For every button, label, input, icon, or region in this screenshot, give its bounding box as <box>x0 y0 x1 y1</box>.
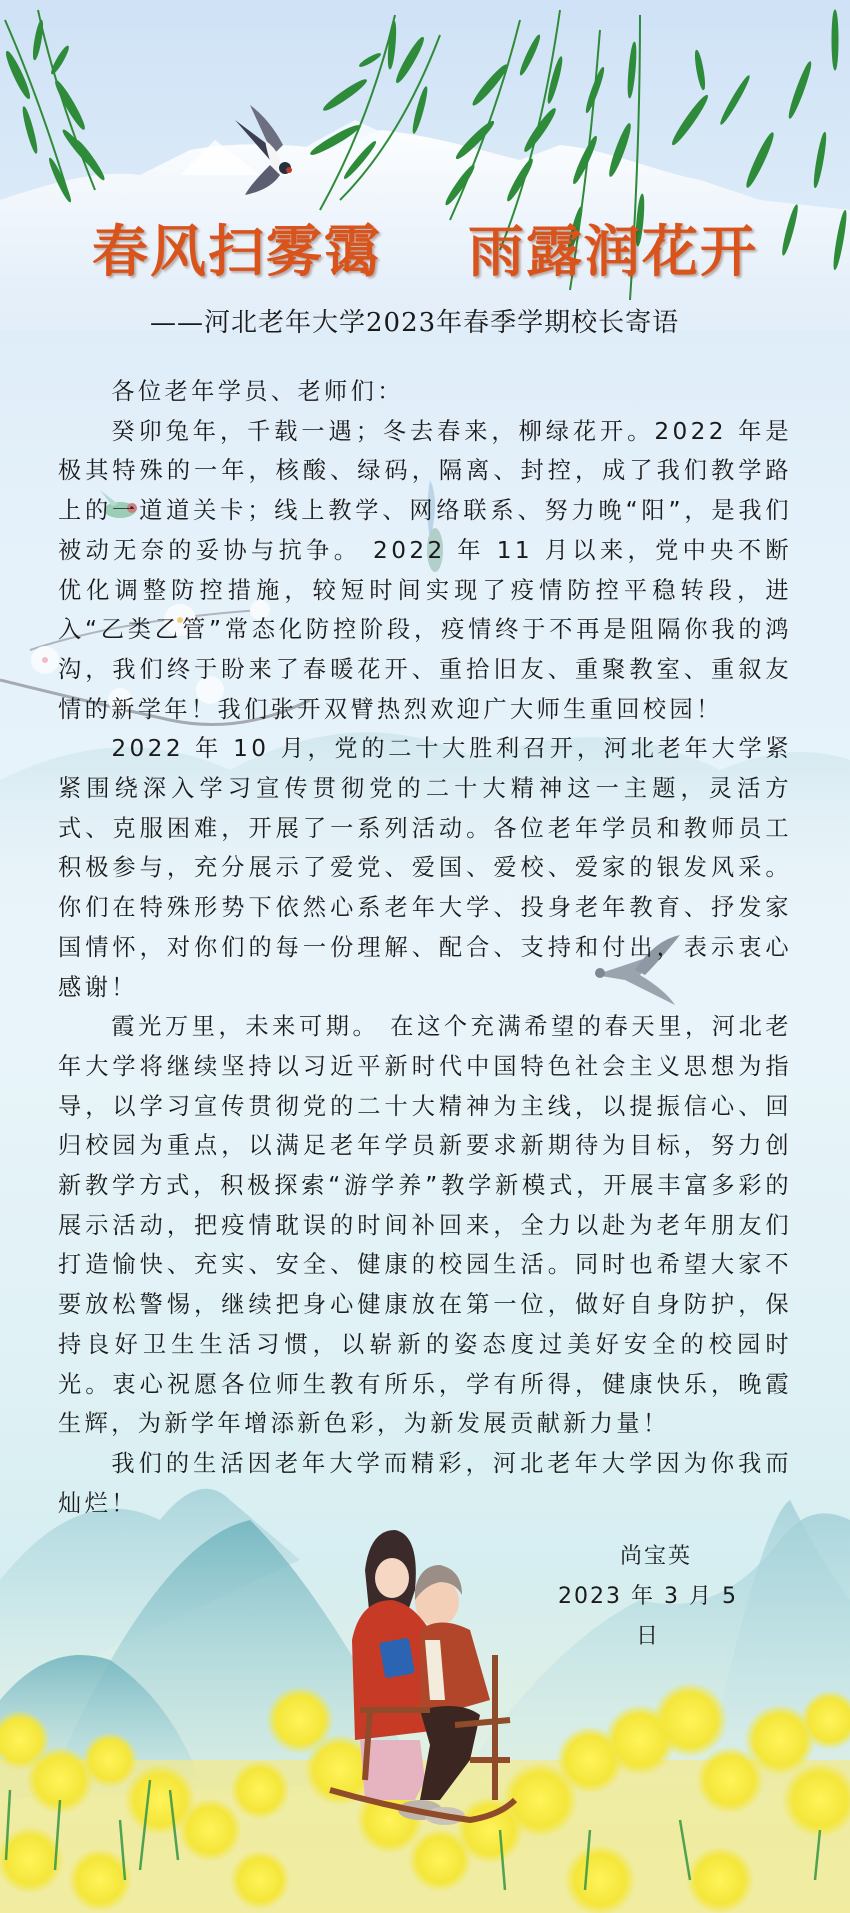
letter-greeting: 各位老年学员、老师们： <box>58 372 792 412</box>
principal-letter-poster: 春风扫雾霭 雨露润花开 ——河北老年大学2023年春季学期校长寄语 各位老年学员… <box>0 0 850 1913</box>
letter-paragraph-3: 霞光万里，未来可期。 在这个充满希望的春天里，河北老年大学将继续坚持以习近平新时… <box>58 1007 792 1444</box>
signature-name: 尚宝英 <box>548 1537 748 1577</box>
letter-body: 各位老年学员、老师们： 癸卯兔年，千载一遇；冬去春来，柳绿花开。2022 年是极… <box>58 372 792 1523</box>
letter-paragraph-1: 癸卯兔年，千载一遇；冬去春来，柳绿花开。2022 年是极其特殊的一年，核酸、绿码… <box>58 412 792 730</box>
poster-subtitle: ——河北老年大学2023年春季学期校长寄语 <box>150 302 679 339</box>
letter-signature: 尚宝英 2023 年 3 月 5 日 <box>548 1537 748 1657</box>
letter-paragraph-4: 我们的生活因老年大学而精彩，河北老年大学因为你我而灿烂！ <box>58 1444 792 1523</box>
letter-paragraph-2: 2022 年 10 月，党的二十大胜利召开，河北老年大学紧紧围绕深入学习宣传贯彻… <box>58 729 792 1007</box>
signature-date: 2023 年 3 月 5 日 <box>548 1577 748 1657</box>
poster-title: 春风扫雾霭 雨露润花开 <box>0 208 850 288</box>
